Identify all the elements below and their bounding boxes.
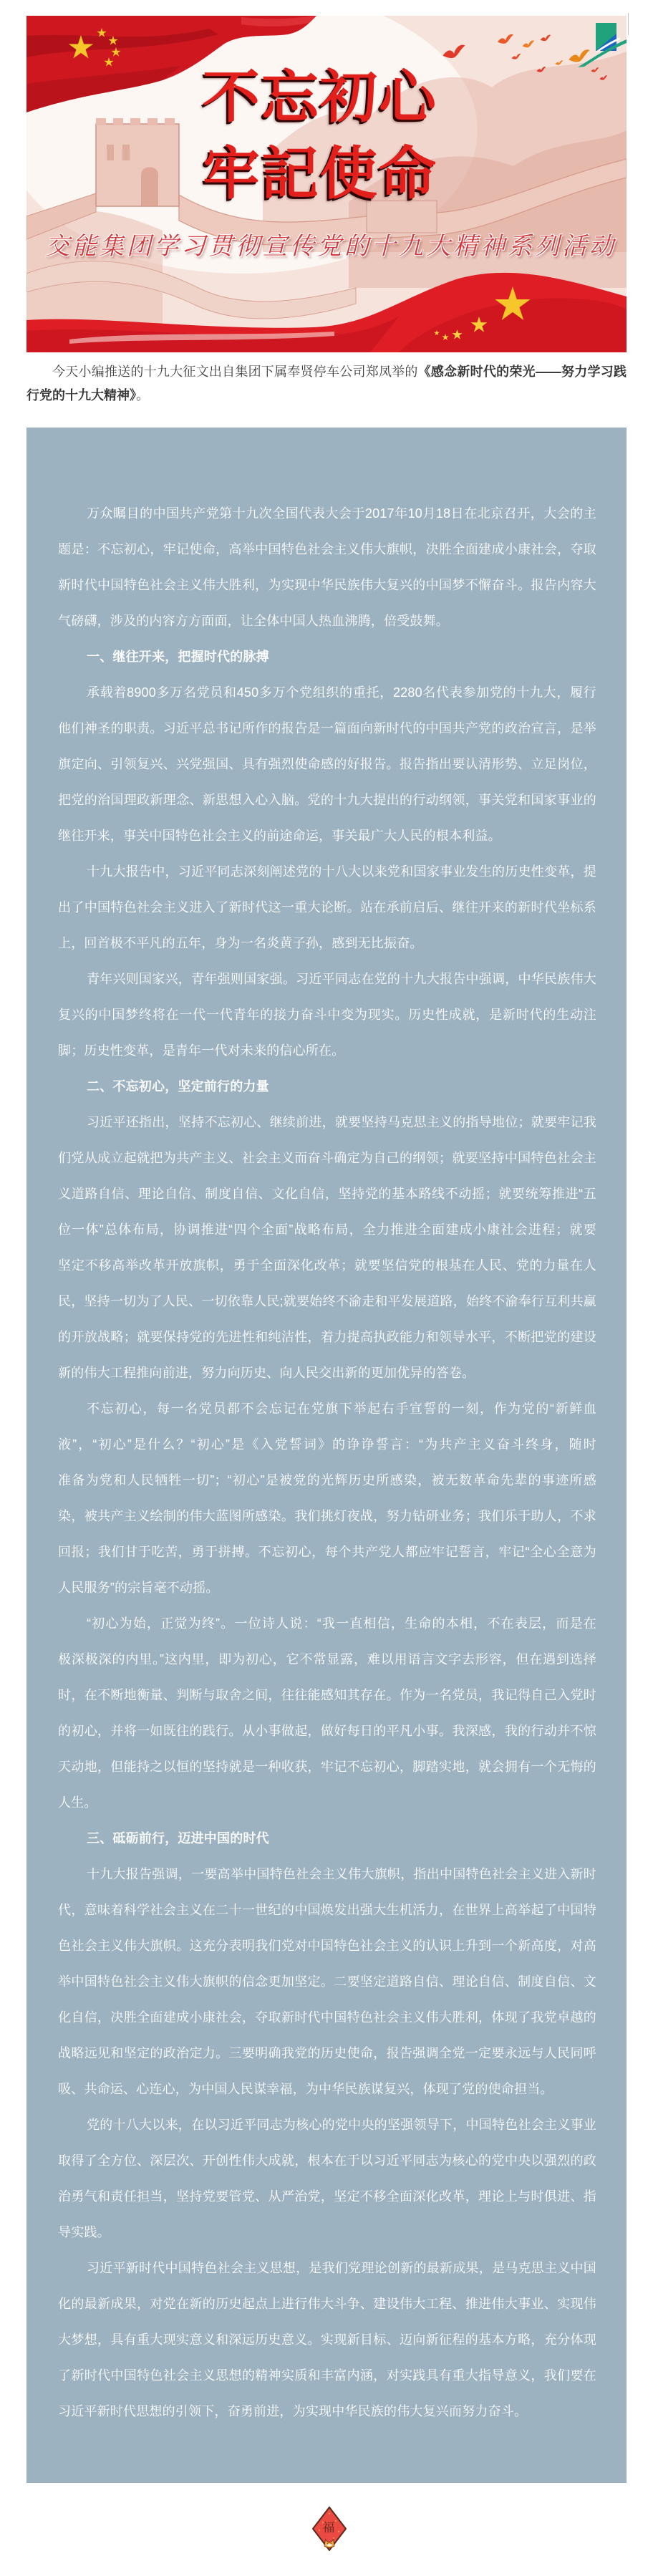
fu-diamond-icon: 福 [312, 2507, 347, 2551]
paragraph-line: 习近平还指出，坚持不忘初心、继续前进，就要坚持马克思主义的指导地位；就要牢记我 [58, 1104, 596, 1140]
paragraph-line: 复兴的中国梦终将在一代一代青年的接力奋斗中变为现实。历史性成就，是新时代的生动注 [58, 997, 596, 1033]
paragraph-line: 出了中国特色社会主义进入了新时代这一重大论断。站在承前启后、继往开来的新时代坐标… [58, 889, 596, 925]
paragraph-line: 导实践。 [58, 2214, 596, 2250]
cat-eye [327, 2543, 328, 2544]
paragraph-line: 习近平新时代中国特色社会主义思想，是我们党理论创新的最新成果，是马克思主义中国 [58, 2250, 596, 2286]
paragraph: “初心为始，正觉为终”。一位诗人说：“我一直相信，生命的本相，不在表层，而是在 … [58, 1606, 596, 1820]
paragraph-line: 题是：不忘初心，牢记使命，高举中国特色社会主义伟大旗帜，决胜全面建成小康社会，夺… [58, 531, 596, 567]
paragraph-line: 气磅礴，涉及的内容方方面面，让全体中国人热血沸腾，倍受鼓舞。 [58, 603, 596, 639]
caption-end: 。 [136, 388, 149, 402]
banner-title-line-2: 牢記使命 [26, 145, 620, 203]
paragraph: 青年兴则国家兴，青年强则国家强。习近平同志在党的十九大报告中强调，中华民族伟大 … [58, 961, 596, 1068]
intro-caption: 今天小编推送的十九大征文出自集团下属奉贤停车公司郑凤举的《感念新时代的荣光——努… [26, 360, 627, 407]
paragraph: 十九大报告强调，一要高举中国特色社会主义伟大旗帜，指出中国特色社会主义进入新时 … [58, 1856, 596, 2107]
paragraph-line: 了新时代中国特色社会主义思想的精神实质和丰富内涵，对实践具有重大指导意义，我们要… [58, 2358, 596, 2393]
paragraph-line: 的初心，并将一如既往的践行。从小事做起，做好每日的平凡小事。我深感，我的行动并不… [58, 1713, 596, 1749]
fu-glyph: 福 [323, 2521, 335, 2535]
section-heading: 一、继往开来，把握时代的脉搏 [58, 639, 596, 675]
gold-dot [338, 2531, 339, 2532]
paragraph-line: 取得了全方位、深层次、开创性伟大成就，根本在于以习近平同志为核心的党中央以强烈的… [58, 2143, 596, 2179]
paragraph-line: 民，坚持一切为了人民、一切依靠人民;就要始终不渝走和平发展道路，始终不渝奉行互利… [58, 1283, 596, 1319]
banner-title-line-1: 不忘初心 [26, 69, 620, 126]
page: { "banner": { "title_line1": "不忘初心", "ti… [0, 0, 653, 2576]
edge-line [628, 13, 629, 35]
paragraph-line: 义道路自信、理论自信、制度自信、文化自信，坚持党的基本路线不动摇；就要统筹推进“… [58, 1176, 596, 1212]
paragraph-line: 人民服务”的宗旨毫不动摇。 [58, 1570, 596, 1606]
paragraph-line: 染，被共产主义绘制的伟大蓝图所感染。我们挑灯夜战，努力钻研业务；我们乐于助人，不… [58, 1498, 596, 1534]
paragraph-line: 不忘初心，每一名党员都不会忘记在党旗下举起右手宣誓的一刻，作为党的“新鲜血 [58, 1391, 596, 1427]
paragraph: 万众瞩目的中国共产党第十九次全国代表大会于2017年10月18日在北京召开，大会… [58, 496, 596, 639]
paragraph-line: 时，在不断地衡量、判断与取舍之间，往往能感知其存在。作为一名党员，我记得自己入党… [58, 1677, 596, 1713]
paragraph-line: 人生。 [58, 1785, 596, 1820]
paragraph-line: 十九大报告强调，一要高举中国特色社会主义伟大旗帜，指出中国特色社会主义进入新时 [58, 1856, 596, 1892]
gold-dot [335, 2520, 337, 2522]
paragraph-line: 回报；我们甘于吃苦，勇于拼搏。不忘初心，每个共产党人都应牢记誓言，牢记“全心全意… [58, 1534, 596, 1570]
paragraph-line: 坚定不移高举改革开放旗帜，勇于全面深化改革；就要坚信党的根基在人民、党的力量在人 [58, 1248, 596, 1283]
banner-subtitle: 交能集团学习贯彻宣传党的十九大精神系列活动 [31, 233, 627, 259]
paragraph: 习近平还指出，坚持不忘初心、继续前进，就要坚持马克思主义的指导地位；就要牢记我 … [58, 1104, 596, 1391]
paragraph: 习近平新时代中国特色社会主义思想，是我们党理论创新的最新成果，是马克思主义中国 … [58, 2250, 596, 2429]
paragraph-line: 天动地，但能持之以恒的坚持就是一种收获，牢记不忘初心，脚踏实地，就会拥有一个无悔… [58, 1749, 596, 1785]
paragraph-line: 吸、共命运、心连心，为中国人民谋幸福，为中华民族谋复兴，体现了党的使命担当。 [58, 2071, 596, 2107]
paragraph-line: 战略远见和坚定的政治定力。三要明确我党的历史使命，报告强调全党一定要永远与人民同… [58, 2035, 596, 2071]
paragraph: 不忘初心，每一名党员都不会忘记在党旗下举起右手宣誓的一刻，作为党的“新鲜血 液”… [58, 1391, 596, 1606]
paragraph-line: 他们神圣的职责。习近平总书记所作的报告是一篇面向新时代的中国共产党的政治宣言，是… [58, 710, 596, 746]
paragraph-line: 位一体”总体布局，协调推进“四个全面”战略布局，全力推进全面建成小康社会进程；就… [58, 1212, 596, 1248]
paragraph-line: 十九大报告中，习近平同志深刻阐述党的十八大以来党和国家事业发生的历史性变革，提 [58, 854, 596, 889]
paragraph-line: 新时代中国特色社会主义伟大胜利，为实现中华民族伟大复兴的中国梦不懈奋斗。报告内容… [58, 567, 596, 603]
paragraph: 党的十八大以来，在以习近平同志为核心的党中央的坚强领导下，中国特色社会主义事业 … [58, 2107, 596, 2250]
paragraph-line: 准备为党和人民牺牲一切”；“初心”是被党的光辉历史所感染，被无数革命先辈的事迹所… [58, 1462, 596, 1498]
paragraph-line: 治勇气和责任担当，坚持党要管党、从严治党，坚定不移全面深化改革，理论上与时俱进、… [58, 2179, 596, 2214]
paragraph-line: 新的伟大工程推向前进，努力向历史、向人民交出新的更加优异的答卷。 [58, 1355, 596, 1391]
paragraph-line: 习近平新时代思想的引领下，奋勇前进，为实现中华民族的伟大复兴而努力奋斗。 [58, 2393, 596, 2429]
gold-dot [319, 2529, 320, 2531]
paragraph: 承载着8900多万名党员和450多万个党组织的重托，2280名代表参加党的十九大… [58, 675, 596, 854]
paragraph-line: 万众瞩目的中国共产党第十九次全国代表大会于2017年10月18日在北京召开，大会… [58, 496, 596, 531]
paragraph-line: 化自信，决胜全面建成小康社会，夺取新时代中国特色社会主义伟大胜利，体现了我党卓越… [58, 1999, 596, 2035]
paragraph-line: 上，回首极不平凡的五年，身为一名炎黄子孙，感到无比振奋。 [58, 925, 596, 961]
section-heading: 三、砥砺前行，迈进中国的时代 [58, 1820, 596, 1856]
paragraph-line: 青年兴则国家兴，青年强则国家强。习近平同志在党的十九大报告中强调，中华民族伟大 [58, 961, 596, 997]
banner-image: 不忘初心 牢記使命 交能集团学习贯彻宣传党的十九大精神系列活动 [26, 16, 627, 352]
article-panel: 万众瞩目的中国共产党第十九次全国代表大会于2017年10月18日在北京召开，大会… [26, 428, 627, 2483]
paragraph-line: 化的最新成果，对党在新的历史起点上进行伟大斗争、建设伟大工程、推进伟大事业、实现… [58, 2286, 596, 2322]
paragraph: 十九大报告中，习近平同志深刻阐述党的十八大以来党和国家事业发生的历史性变革，提 … [58, 854, 596, 961]
section-heading: 二、不忘初心，坚定前行的力量 [58, 1068, 596, 1104]
paragraph-line: 的开放战略；就要保持党的先进性和纯洁性，着力提高执政能力和领导水平，不断把党的建… [58, 1319, 596, 1355]
paragraph-line: 液”，“初心”是什么？“初心”是《入党誓词》的诤诤誓言：“为共产主义奋斗终身，随… [58, 1427, 596, 1462]
paragraph-line: 继往开来，事关中国特色社会主义的前途命运，事关最广大人民的根本利益。 [58, 818, 596, 854]
paragraph-line: 大梦想，具有重大现实意义和深远历史意义。实现新目标、迈向新征程的基本方略，充分体… [58, 2322, 596, 2358]
paragraph-line: 们党从成立起就把为共产主义、社会主义而奋斗确定为自己的纲领；就要坚持中国特色社会… [58, 1140, 596, 1176]
paragraph-line: 极深极深的内里。”这内里，即为初心，它不常显露，难以用语言文字去形容，但在遇到选… [58, 1641, 596, 1677]
cat-eye [331, 2543, 332, 2544]
paragraph-line: 承载着8900多万名党员和450多万个党组织的重托，2280名代表参加党的十九大… [58, 675, 596, 710]
paragraph-line: “初心为始，正觉为终”。一位诗人说：“我一直相信，生命的本相，不在表层，而是在 [58, 1606, 596, 1641]
paragraph-line: 代，意味着科学社会主义在二十一世纪的中国焕发出强大生机活力，在世界上高举起了中国… [58, 1892, 596, 1928]
paragraph-line: 脚；历史性变革，是青年一代对未来的信心所在。 [58, 1033, 596, 1068]
caption-intro: 今天小编推送的十九大征文出自集团下属奉贤停车公司郑凤举的 [52, 365, 418, 379]
paragraph-line: 把党的治国理政新理念、新思想入心入脑。党的十九大提出的行动纲领，事关党和国家事业… [58, 782, 596, 818]
paragraph-line: 举中国特色社会主义伟大旗帜的信念更加坚定。二要坚定道路自信、理论自信、制度自信、… [58, 1964, 596, 1999]
paragraph-line: 色社会主义伟大旗帜。这充分表明我们党对中国特色社会主义的认识上升到一个新高度，对… [58, 1928, 596, 1964]
gold-dot [333, 2537, 334, 2539]
gold-dot [329, 2513, 330, 2514]
paragraph-line: 党的十八大以来，在以习近平同志为核心的党中央的坚强领导下，中国特色社会主义事业 [58, 2107, 596, 2143]
paragraph-line: 旗定向、引领复兴、兴党强国、具有强烈使命感的好报告。报告指出要认清形势、立足岗位… [58, 746, 596, 782]
